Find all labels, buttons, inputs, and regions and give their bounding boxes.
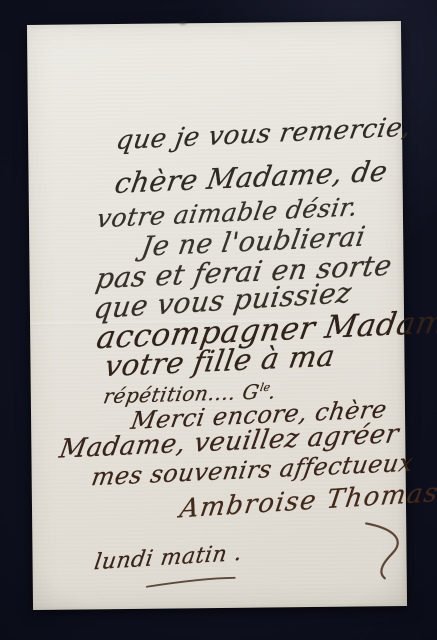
handwriting-line: que je vous remercie,	[114, 114, 413, 154]
letter-paper: que je vous remercie, chère Madame, de v…	[27, 21, 407, 610]
signature: Ambroise Thomas	[178, 480, 437, 523]
handwriting-line: votre fille à ma	[103, 342, 338, 382]
paper-edge-flaw	[175, 21, 191, 28]
dateline: lundi matin .	[93, 543, 244, 575]
line-text: que je vous remercie,	[114, 112, 413, 156]
dateline-text: lundi matin .	[93, 541, 244, 576]
letter-photo: que je vous remercie, chère Madame, de v…	[0, 0, 437, 640]
signature-flourish	[362, 519, 409, 581]
dateline-underline-flourish	[145, 575, 237, 590]
